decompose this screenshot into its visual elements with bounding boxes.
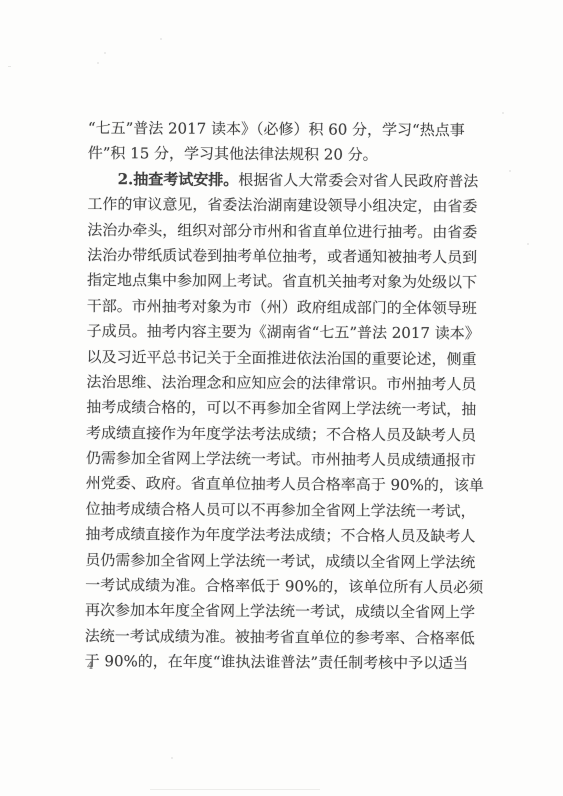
text-segment: 抽考成绩合格的，可以不再参加全省网上学法统一考试，抽: [86, 398, 476, 418]
text-line-16: 位抽考成绩合格人员可以不再参加全省网上学法统一考试，: [86, 497, 482, 525]
text-segment: 位抽考成绩合格人员可以不再参加全省网上学法统一考试，: [86, 500, 476, 520]
text-segment: 以及习近平总书记关于全面推进依法治国的重要论述，侧重: [86, 348, 476, 368]
text-line-4: 工作的审议意见，省委法治湖南建设领导小组决定，由省委: [87, 192, 483, 220]
text-segment: 仍需参加全省网上学法统一考试。市州抽考人员成绩通报市: [86, 449, 476, 469]
text-segment: 再次参加本年度全省网上学法统一考试，成绩以全省网上学: [85, 601, 475, 621]
scan-speck: [502, 112, 504, 114]
text-line-6: 法治办带纸质试卷到抽考单位抽考，或者通知被抽考人员到: [87, 243, 483, 271]
text-segment: 干部。市州抽考对象为市（州）政府组成部门的全体领导班: [87, 297, 477, 317]
text-line-13: 考成绩直接作为年度学法考法成绩；不合格人员及缺考人员: [86, 421, 482, 449]
text-line-21: 法统一考试成绩为准。被抽考省直单位的参考率、合格率低: [85, 624, 481, 652]
text-line-10: 以及习近平总书记关于全面推进依法治国的重要论述，侧重: [86, 345, 482, 373]
text-line-7: 指定地点集中参加网上考试。省直机关抽考对象为处级以下: [87, 268, 483, 296]
text-segment: 根据省人大常委会对省人民政府普法: [238, 171, 478, 190]
scan-speck: [97, 62, 99, 64]
text-line-20: 再次参加本年度全省网上学法统一考试，成绩以全省网上学: [85, 598, 481, 626]
text-line-22: 于 90%的，在年度“谁执法谁普法”责任制考核中予以适当: [85, 649, 481, 677]
text-segment: 件”积 15 分，学习其他法律法规积 20 分。: [88, 144, 378, 164]
text-line-12: 抽考成绩合格的，可以不再参加全省网上学法统一考试，抽: [86, 395, 482, 423]
text-line-15: 州党委、政府。省直单位抽考人员合格率高于 90%的，该单: [86, 471, 482, 499]
text-line-2: 件”积 15 分，学习其他法律法规积 20 分。: [88, 141, 484, 169]
text-line-14: 仍需参加全省网上学法统一考试。市州抽考人员成绩通报市: [86, 446, 482, 474]
scan-speck: [104, 52, 106, 54]
text-segment: 法治办带纸质试卷到抽考单位抽考，或者通知被抽考人员到: [87, 246, 477, 266]
scan-speck: [160, 38, 162, 40]
text-segment: 州党委、政府。省直单位抽考人员合格率高于 90%的，该单: [86, 474, 484, 494]
document-body: “七五”普法 2017 读本》（必修）积 60 分，学习“热点事件”积 15 分…: [85, 116, 484, 677]
scan-speck: [8, 66, 11, 67]
text-line-11: 法治思维、法治理念和应知应会的法律常识。市州抽考人员: [86, 370, 482, 398]
scan-speck: [509, 170, 511, 172]
scanned-document-page: “七五”普法 2017 读本》（必修）积 60 分，学习“热点事件”积 15 分…: [0, 0, 563, 796]
text-line-8: 干部。市州抽考对象为市（州）政府组成部门的全体领导班: [87, 294, 483, 322]
text-segment: 子成员。抽考内容主要为《湖南省“七五”普法 2017 读本》: [87, 322, 480, 342]
text-line-17: 抽考成绩直接作为年度学法考法成绩；不合格人员及缺考人: [85, 522, 481, 550]
text-segment: 法治办牵头，组织对部分市州和省直单位进行抽考。由省委: [87, 221, 477, 241]
text-segment: 抽考成绩直接作为年度学法考法成绩；不合格人员及缺考人: [85, 525, 475, 545]
scan-speck: [527, 243, 529, 245]
text-line-18: 员仍需参加全省网上学法统一考试，成绩以全省网上学法统: [85, 548, 481, 576]
text-segment: 法治思维、法治理念和应知应会的法律常识。市州抽考人员: [86, 373, 476, 393]
text-segment: 法统一考试成绩为准。被抽考省直单位的参考率、合格率低: [85, 627, 475, 647]
text-segment: 考成绩直接作为年度学法考法成绩；不合格人员及缺考人员: [86, 424, 476, 444]
text-line-3: 2.抽查考试安排。根据省人大常委会对省人民政府普法: [88, 167, 484, 195]
text-segment: 工作的审议意见，省委法治湖南建设领导小组决定，由省委: [87, 195, 477, 215]
text-segment: 一考试成绩为准。合格率低于 90%的，该单位所有人员必须: [85, 576, 483, 596]
scan-speck: [171, 757, 173, 759]
text-segment: 于 90%的，在年度“谁执法谁普法”责任制考核中予以适当: [85, 652, 469, 672]
text-line-9: 子成员。抽考内容主要为《湖南省“七五”普法 2017 读本》: [87, 319, 483, 347]
scan-smudge: [150, 789, 320, 790]
text-segment: 指定地点集中参加网上考试。省直机关抽考对象为处级以下: [87, 271, 477, 291]
page-number: 4: [87, 661, 93, 672]
text-line-19: 一考试成绩为准。合格率低于 90%的，该单位所有人员必须: [85, 573, 481, 601]
text-segment: “七五”普法 2017 读本》（必修）积 60 分，学习“热点事: [88, 119, 465, 139]
text-line-5: 法治办牵头，组织对部分市州和省直单位进行抽考。由省委: [87, 218, 483, 246]
text-segment: 员仍需参加全省网上学法统一考试，成绩以全省网上学法统: [85, 551, 475, 571]
text-line-1: “七五”普法 2017 读本》（必修）积 60 分，学习“热点事: [88, 116, 484, 144]
paragraph-heading: 2.抽查考试安排。: [118, 170, 239, 189]
